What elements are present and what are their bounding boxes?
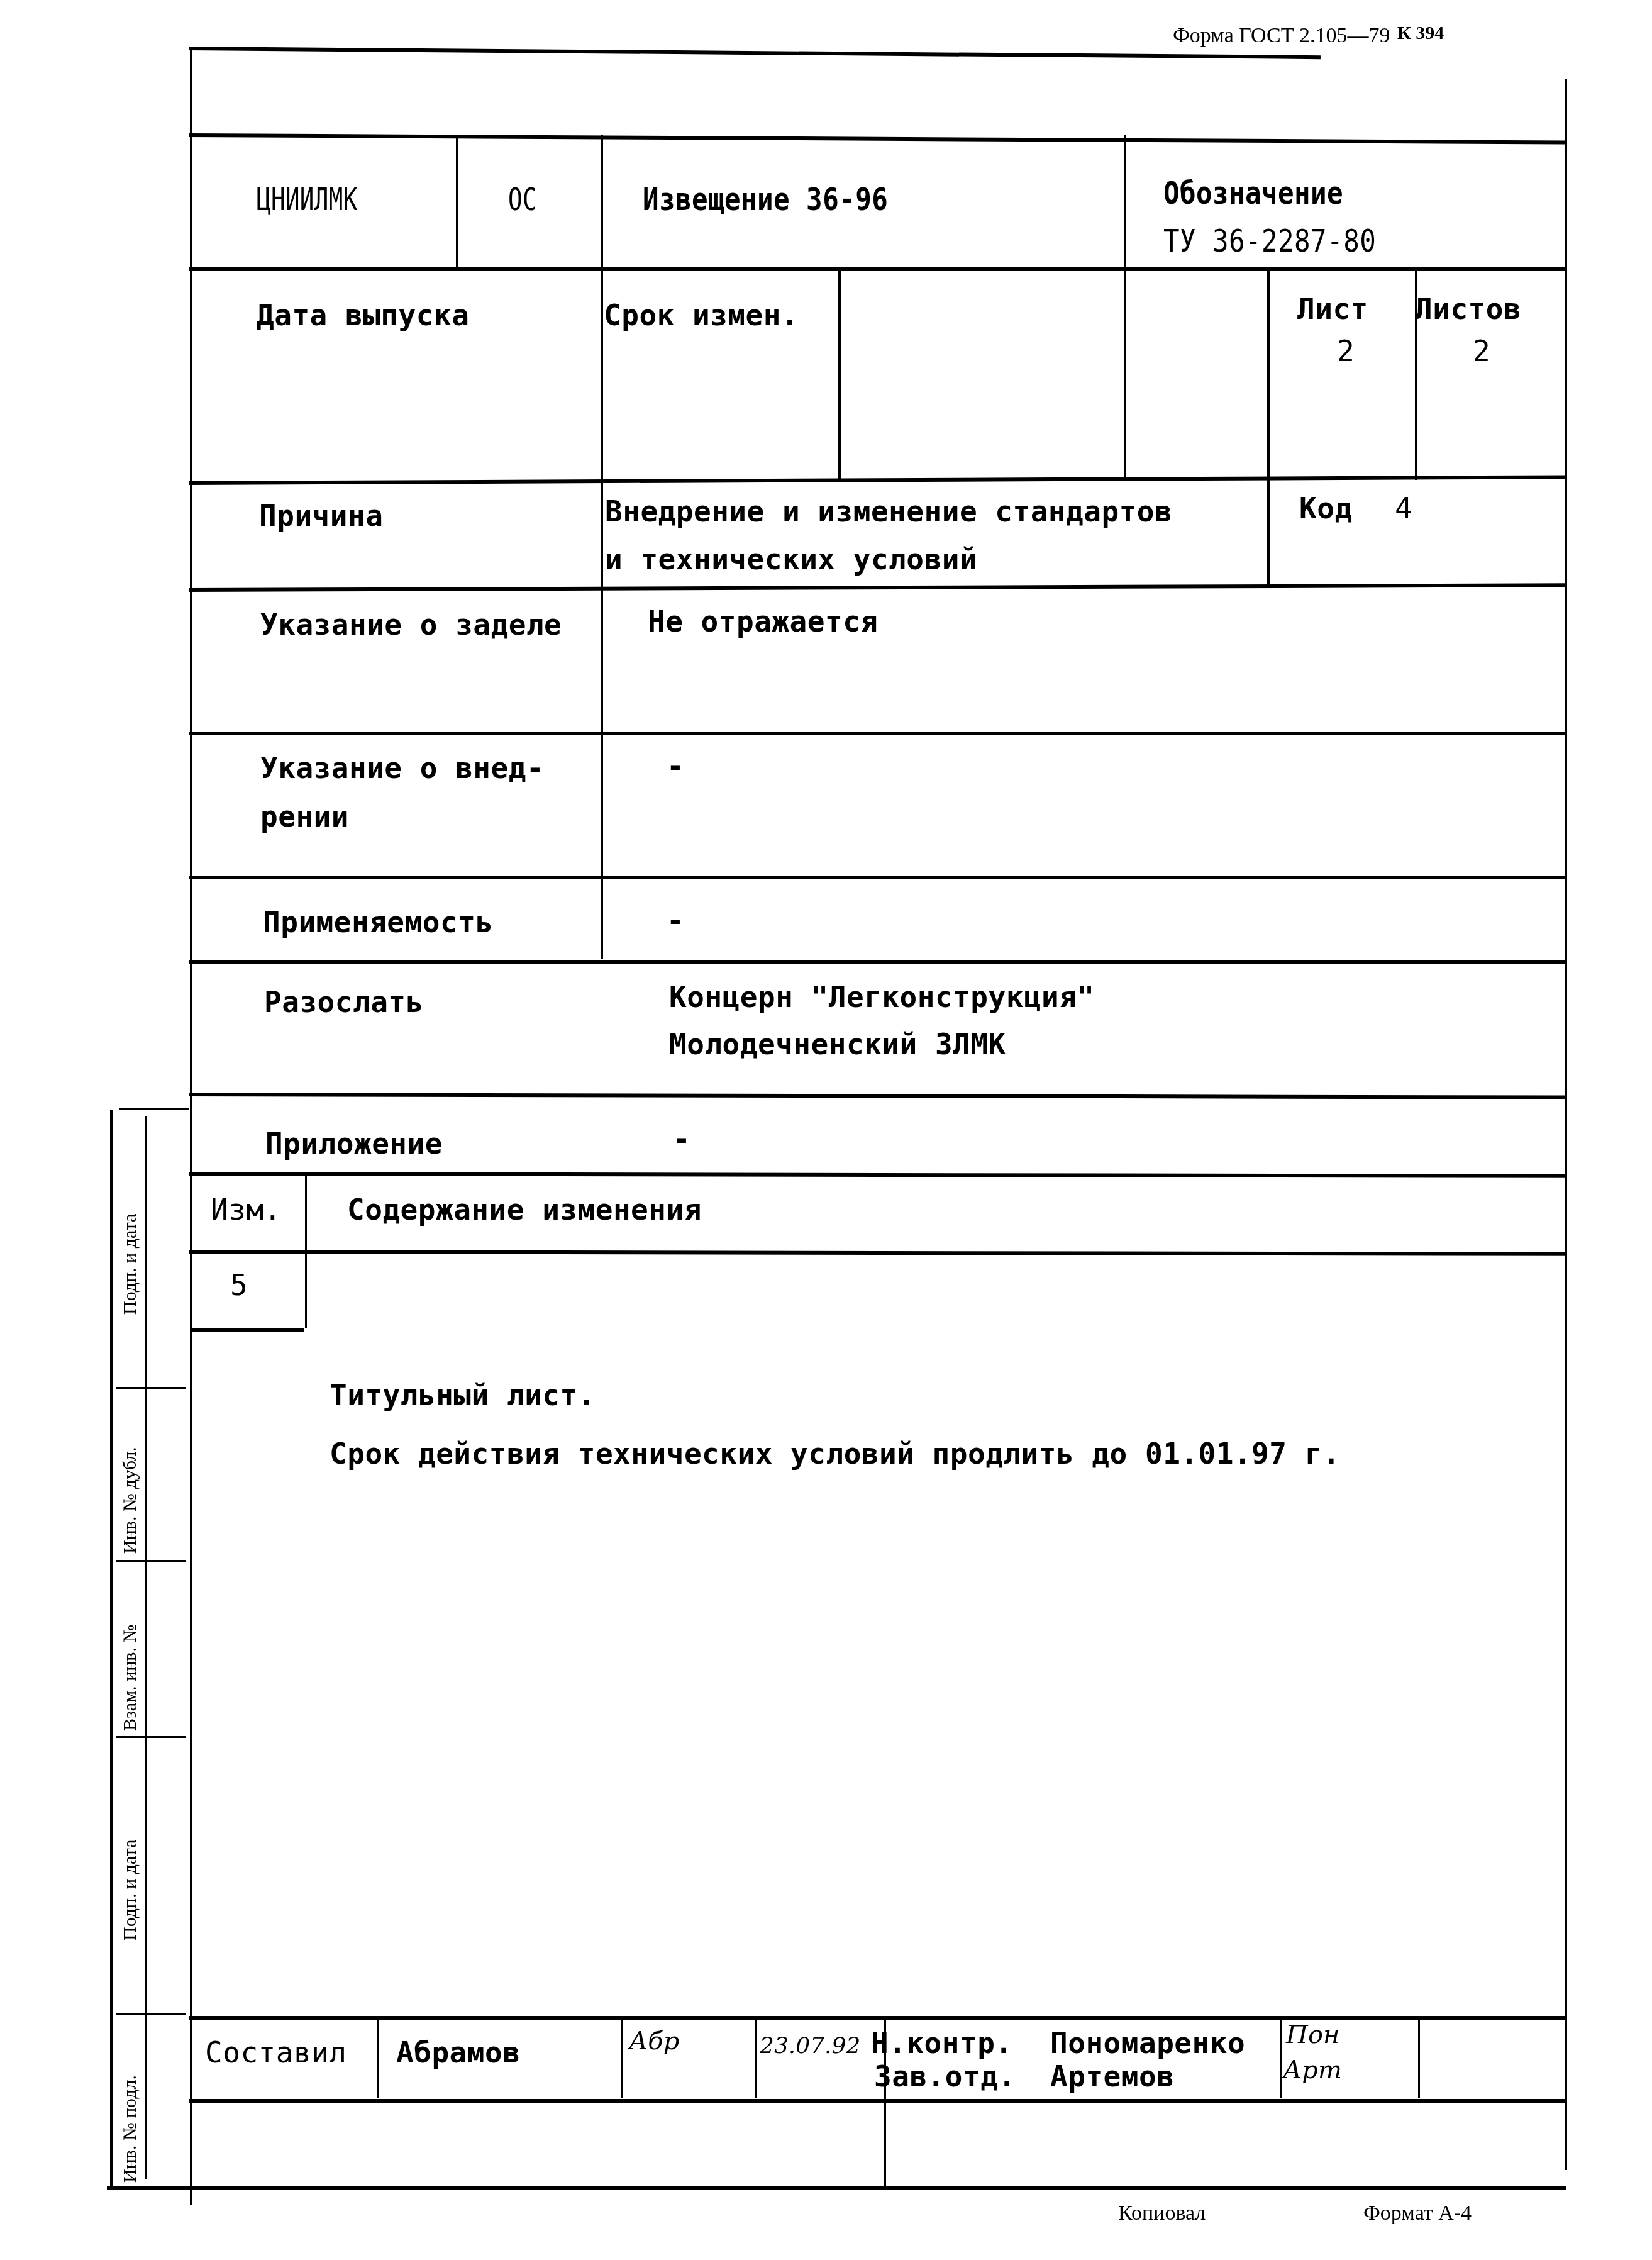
department-code: ОС (508, 184, 537, 215)
side-strip-sign-date-2: Подп. и дата (119, 1840, 141, 1940)
distribute-line2: Молодечненский ЗЛМК (669, 1030, 1006, 1059)
reason-label: Причина (259, 501, 383, 530)
side-strip-original-inv: Инв. № подл. (119, 2075, 141, 2183)
stamp-mark: К 394 (1397, 23, 1444, 44)
side-strip-replacement-inv: Взам. инв. № (119, 1625, 141, 1731)
sheet-number: 2 (1337, 337, 1355, 365)
distribute-label: Разослать (264, 988, 424, 1016)
norm-control-label: Н.контр. (871, 2029, 1013, 2057)
release-date-label: Дата выпуска (257, 301, 469, 330)
backlog-value: Не отражается (648, 607, 879, 636)
approver-signature-2: Арт (1283, 2056, 1342, 2085)
compiled-date: 23.07.92 (760, 2033, 860, 2059)
code-label: Код (1299, 494, 1353, 523)
norm-control-name: Пономаренко (1050, 2029, 1245, 2057)
page-format: Формат А-4 (1363, 2202, 1472, 2225)
sheet-label: Лист (1297, 294, 1368, 323)
designation-value: ТУ 36-2287-80 (1163, 225, 1376, 257)
backlog-label: Указание о заделе (260, 610, 562, 639)
sheets-label: Листов (1415, 294, 1521, 323)
copied-by: Копиовал (1118, 2202, 1206, 2225)
appendix-label: Приложение (265, 1129, 443, 1158)
head-of-department-name: Артемов (1050, 2062, 1174, 2091)
applicability-label: Применяемость (263, 908, 494, 937)
change-term-label: Срок измен. (604, 301, 799, 330)
code-value: 4 (1395, 494, 1412, 523)
appendix-value: - (673, 1125, 690, 1154)
implementation-label-line2: рении (260, 802, 349, 831)
approver-signature-1: Пон (1286, 2020, 1339, 2049)
side-strip-duplicate-inv: Инв. № дубл. (119, 1447, 141, 1554)
side-strip-sign-date-1: Подп. и дата (119, 1214, 141, 1315)
change-number: 5 (230, 1271, 248, 1300)
implementation-label-line1: Указание о внед- (260, 754, 544, 782)
organization: ЦНИИЛМК (257, 184, 358, 215)
compiled-label: Составил (205, 2038, 347, 2067)
form-label: Форма ГОСТ 2.105—79 (1173, 24, 1390, 48)
applicability-value: - (667, 906, 684, 935)
notice-number: Извещение 36-96 (643, 184, 888, 215)
implementation-value: - (667, 752, 684, 781)
compiled-signature: Абр (629, 2027, 679, 2056)
compiled-name: Абрамов (396, 2038, 520, 2067)
sheets-total: 2 (1473, 337, 1490, 365)
reason-text-line1: Внедрение и изменение стандартов (605, 497, 1172, 526)
distribute-line1: Концерн "Легконструкция" (669, 982, 1095, 1011)
change-column-header: Изм. (211, 1195, 282, 1224)
reason-text-line2: и технических условий (605, 545, 977, 574)
change-text-line2: Срок действия технических условий продли… (330, 1439, 1340, 1468)
designation-label: Обозначение (1163, 177, 1343, 209)
change-text-line1: Титульный лист. (330, 1381, 596, 1410)
content-column-header: Содержание изменения (347, 1195, 702, 1224)
head-of-department-label: Зав.отд. (874, 2062, 1016, 2091)
